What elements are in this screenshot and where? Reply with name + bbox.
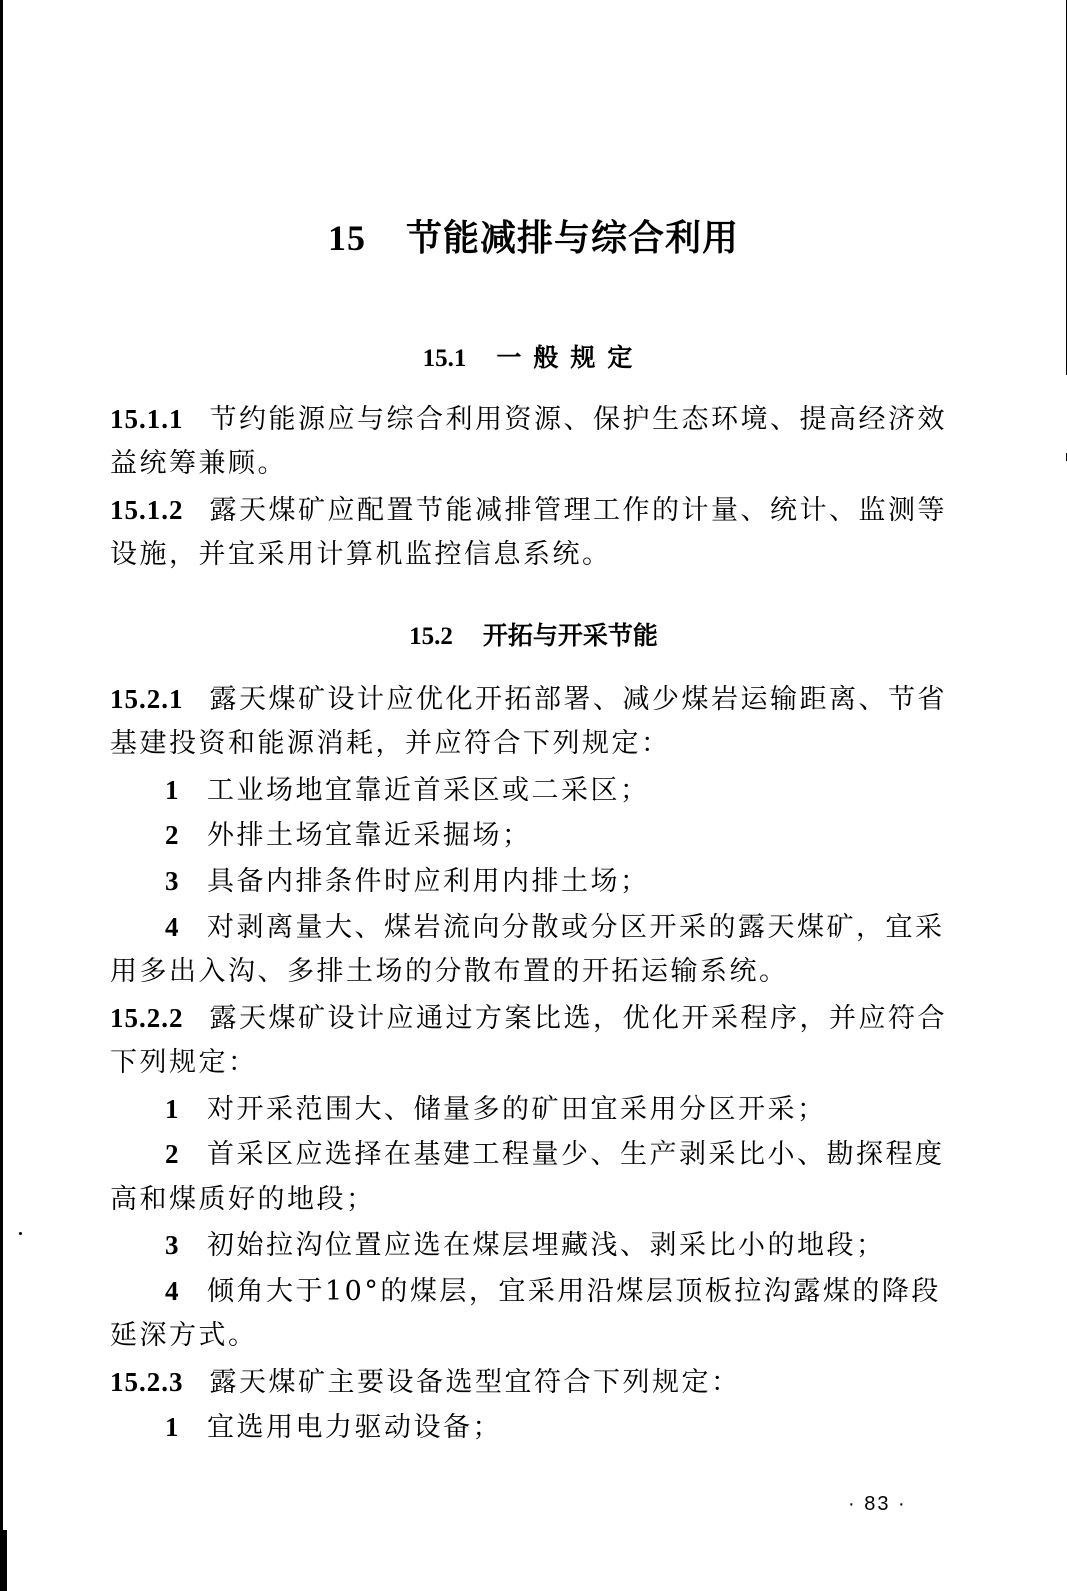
clause-15-2-2-line-1: 15.2.2露天煤矿设计应通过方案比选，优化开采程序，并应符合 bbox=[110, 1001, 935, 1036]
item-text: 倾角大于10°的煤层，宜采用沿煤层顶板拉沟露煤的降段 bbox=[207, 1276, 941, 1307]
clause-number: 15.2.3 bbox=[110, 1367, 184, 1397]
item-number: 4 bbox=[165, 1276, 181, 1306]
item-text: 对剥离量大、煤岩流向分散或分区开采的露天煤矿，宜采 bbox=[207, 912, 945, 943]
scan-left-border-thick bbox=[0, 1530, 7, 1591]
item-number: 4 bbox=[165, 912, 181, 942]
list-item-1: 1对开采范围大、储量多的矿田宜采用分区开采； bbox=[165, 1092, 990, 1127]
item-text: 宜选用电力驱动设备； bbox=[207, 1412, 502, 1443]
item-text: 外排土场宜靠近采掘场； bbox=[207, 820, 532, 851]
item-text: 具备内排条件时应利用内排土场； bbox=[207, 866, 650, 897]
clause-15-1-1-line-2: 益统筹兼顾。 bbox=[110, 447, 935, 481]
list-item-4-continuation: 用多出入沟、多排土场的分散布置的开拓运输系统。 bbox=[110, 955, 935, 989]
item-text: 初始拉沟位置应选在煤层埋藏浅、剥采比小的地段； bbox=[207, 1230, 886, 1261]
section-number: 15.2 bbox=[409, 623, 453, 650]
list-item-3: 3初始拉沟位置应选在煤层埋藏浅、剥采比小的地段； bbox=[165, 1228, 990, 1263]
section-title-15-2: 15.2开拓与开采节能 bbox=[0, 616, 1067, 652]
item-number: 1 bbox=[165, 1412, 181, 1442]
clause-number: 15.1.1 bbox=[110, 404, 184, 434]
list-item-4: 4倾角大于10°的煤层，宜采用沿煤层顶板拉沟露煤的降段 bbox=[165, 1274, 990, 1309]
clause-15-2-3-line-1: 15.2.3露天煤矿主要设备选型宜符合下列规定： bbox=[110, 1365, 935, 1400]
item-text: 工业场地宜靠近首采区或二采区； bbox=[207, 775, 650, 806]
list-item-2: 2外排土场宜靠近采掘场； bbox=[165, 818, 990, 853]
list-item-1: 1工业场地宜靠近首采区或二采区； bbox=[165, 773, 990, 808]
page-number: · 83 · bbox=[848, 1493, 907, 1516]
list-item-2-continuation: 高和煤质好的地段； bbox=[110, 1183, 935, 1217]
clause-text: 露天煤矿设计应通过方案比选，优化开采程序，并应符合 bbox=[210, 1003, 948, 1034]
list-item-3: 3具备内排条件时应利用内排土场； bbox=[165, 864, 990, 899]
list-item-4: 4对剥离量大、煤岩流向分散或分区开采的露天煤矿，宜采 bbox=[165, 910, 990, 945]
clause-text: 节约能源应与综合利用资源、保护生态环境、提高经济效 bbox=[210, 404, 948, 435]
list-item-4-continuation: 延深方式。 bbox=[110, 1319, 935, 1353]
chapter-title-text: 节能减排与综合利用 bbox=[406, 217, 739, 259]
clause-15-1-2-line-1: 15.1.2露天煤矿应配置节能减排管理工作的计量、统计、监测等 bbox=[110, 493, 935, 528]
section-title-text: 一般规定 bbox=[496, 343, 644, 372]
item-number: 2 bbox=[165, 820, 181, 850]
item-text: 对开采范围大、储量多的矿田宜采用分区开采； bbox=[207, 1094, 827, 1125]
item-number: 3 bbox=[165, 866, 181, 896]
list-item-1: 1宜选用电力驱动设备； bbox=[165, 1410, 990, 1445]
clause-text: 露天煤矿设计应优化开拓部署、减少煤岩运输距离、节省 bbox=[210, 684, 948, 715]
item-number: 1 bbox=[165, 1094, 181, 1124]
clause-number: 15.2.2 bbox=[110, 1003, 184, 1033]
clause-number: 15.2.1 bbox=[110, 684, 184, 714]
clause-15-1-1-line-1: 15.1.1节约能源应与综合利用资源、保护生态环境、提高经济效 bbox=[110, 402, 935, 437]
clause-15-2-1-line-1: 15.2.1露天煤矿设计应优化开拓部署、减少煤岩运输距离、节省 bbox=[110, 682, 935, 717]
section-title-15-1: 15.1一般规定 bbox=[0, 338, 1067, 374]
clause-15-2-2-line-2: 下列规定： bbox=[110, 1046, 935, 1080]
chapter-number: 15 bbox=[328, 218, 366, 258]
item-text: 首采区应选择在基建工程量少、生产剥采比小、勘探程度 bbox=[207, 1139, 945, 1170]
clause-text: 露天煤矿应配置节能减排管理工作的计量、统计、监测等 bbox=[210, 495, 948, 526]
scan-speck bbox=[19, 1232, 22, 1235]
clause-text: 露天煤矿主要设备选型宜符合下列规定： bbox=[210, 1367, 741, 1398]
item-number: 1 bbox=[165, 775, 181, 805]
item-number: 2 bbox=[165, 1139, 181, 1169]
list-item-2: 2首采区应选择在基建工程量少、生产剥采比小、勘探程度 bbox=[165, 1137, 990, 1172]
chapter-title: 15节能减排与综合利用 bbox=[0, 210, 1067, 261]
section-number: 15.1 bbox=[423, 345, 467, 372]
clause-15-1-2-line-2: 设施，并宜采用计算机监控信息系统。 bbox=[110, 538, 935, 572]
clause-number: 15.1.2 bbox=[110, 495, 184, 525]
clause-15-2-1-line-2: 基建投资和能源消耗，并应符合下列规定： bbox=[110, 727, 935, 761]
section-title-text: 开拓与开采节能 bbox=[483, 621, 658, 650]
item-number: 3 bbox=[165, 1230, 181, 1260]
